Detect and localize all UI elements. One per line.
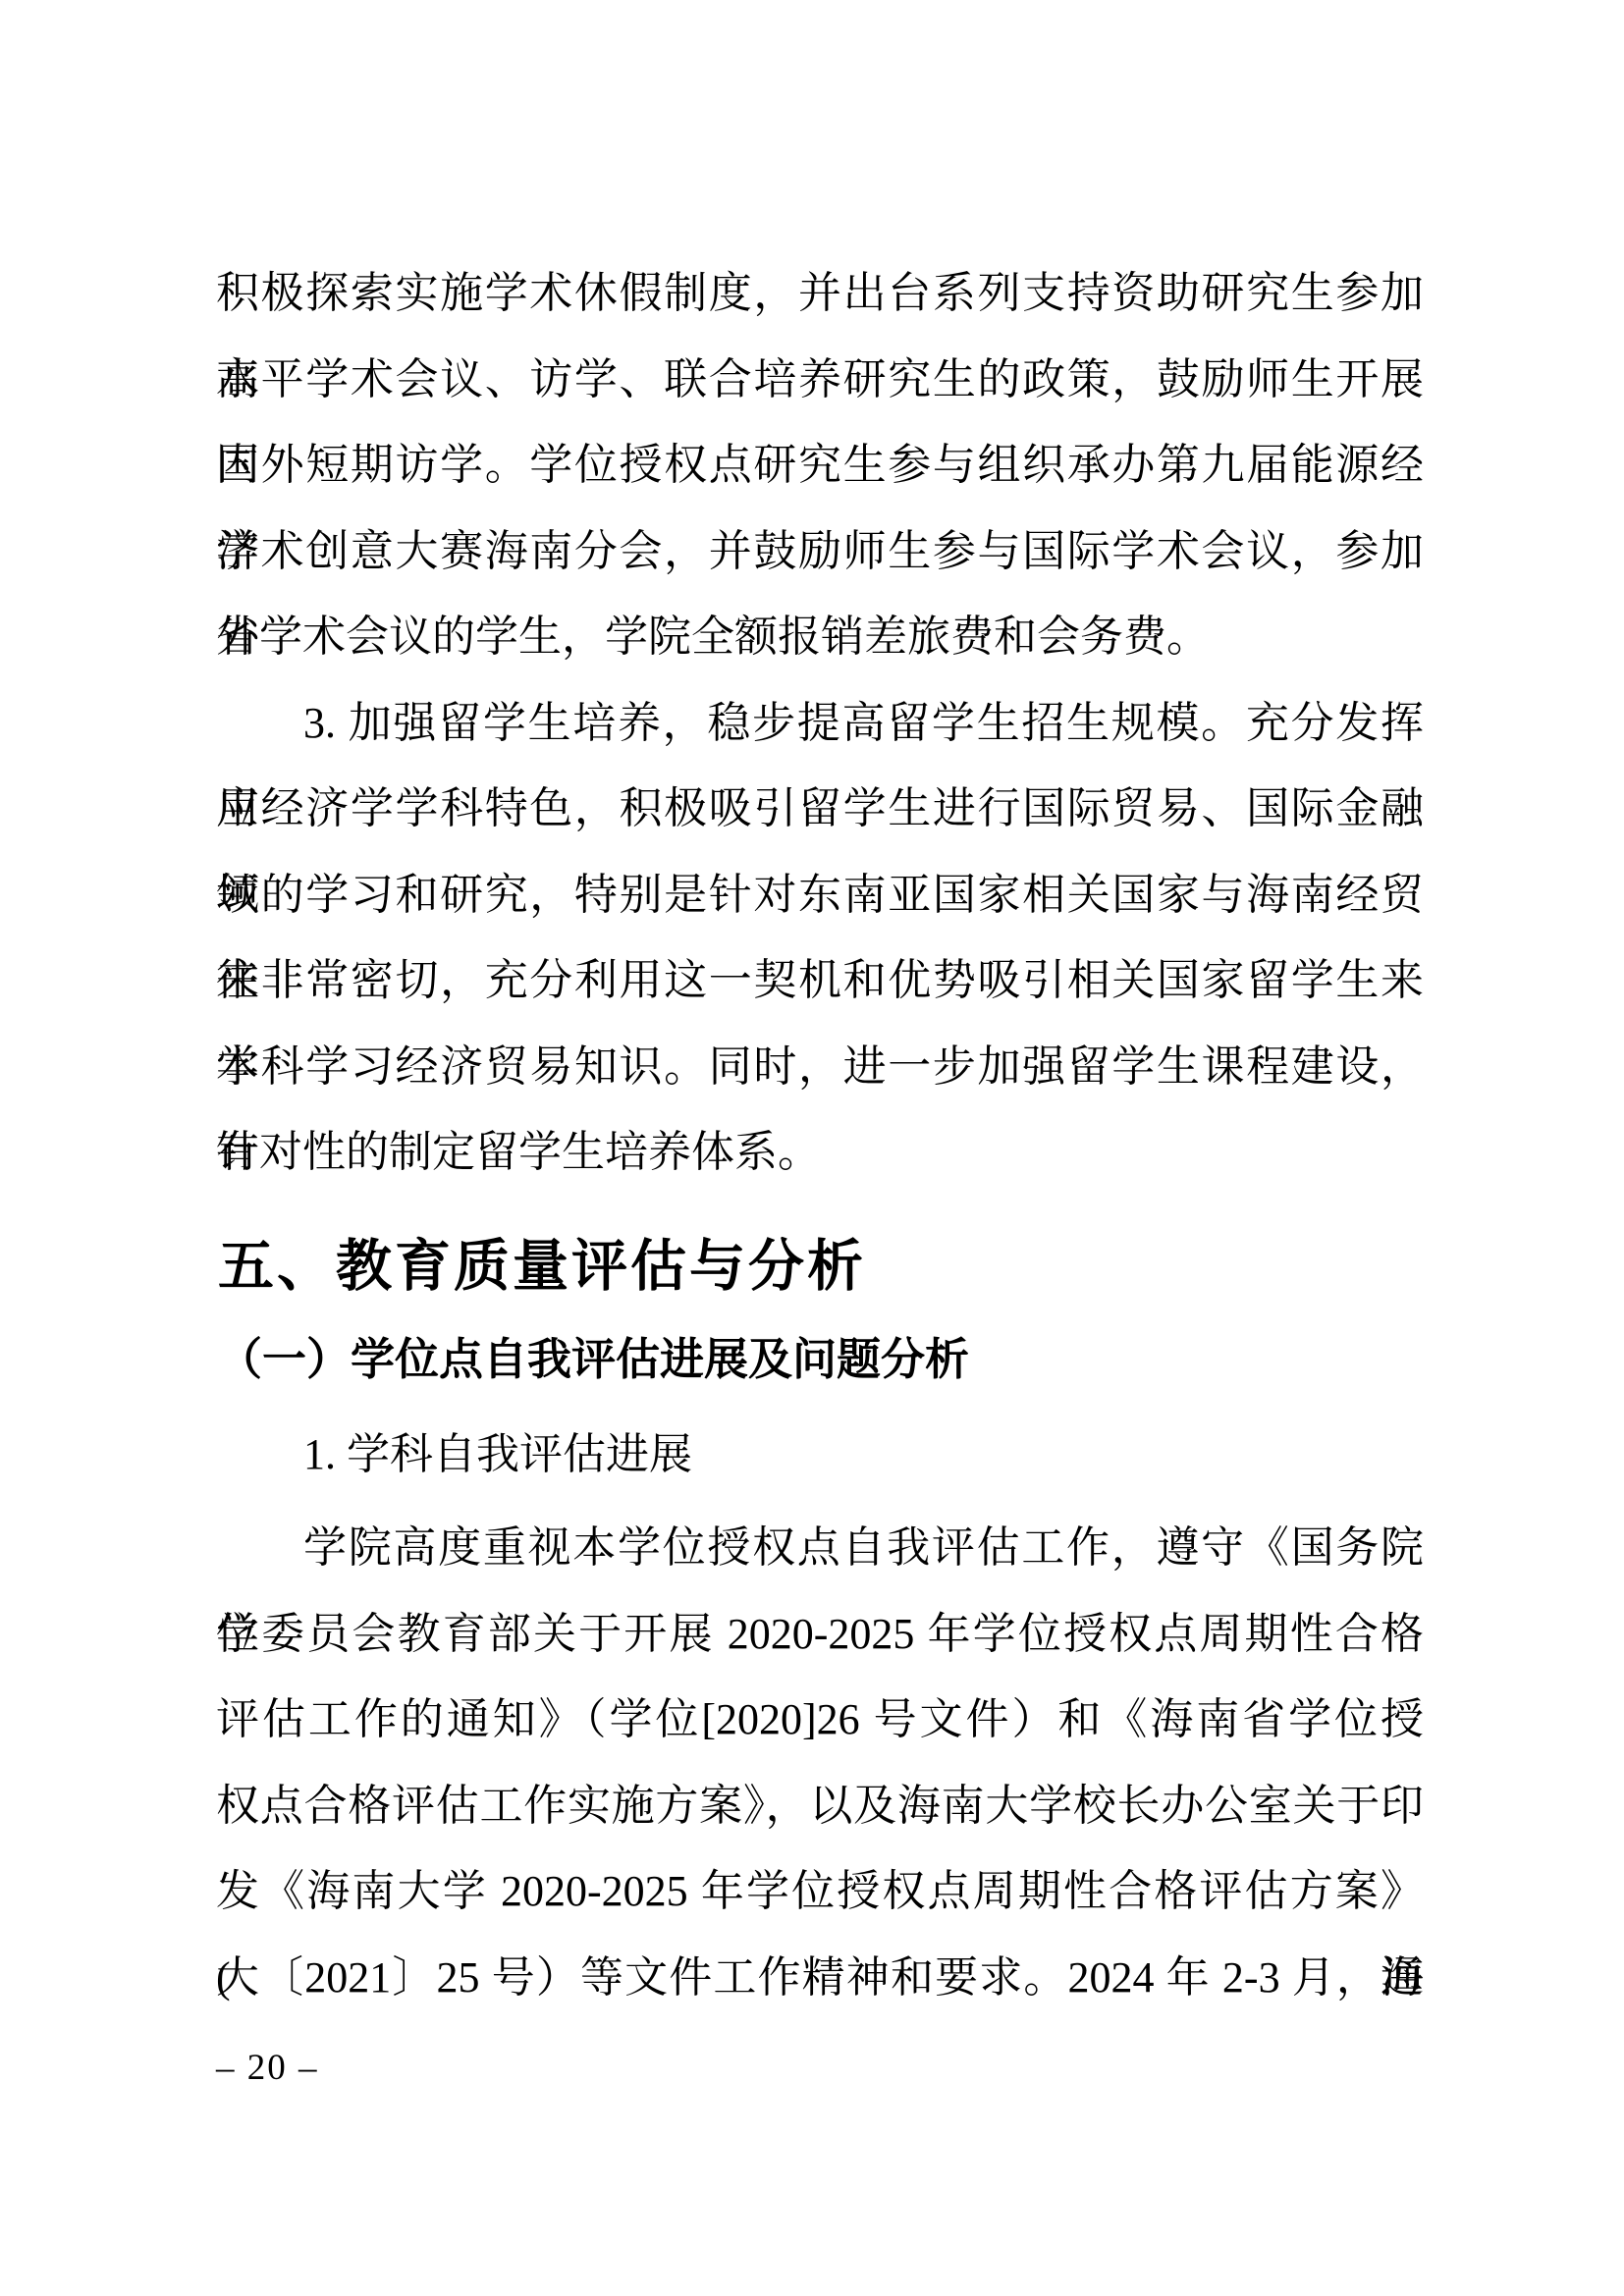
text-line: 水平学术会议、访学、联合培养研究生的政策，鼓励师生开展国	[216, 337, 1424, 423]
text-line: 大〔2021〕25 号）等文件工作精神和要求。2024 年 2-3 月，通	[216, 1935, 1424, 2021]
text-line: 权点合格评估工作实施方案》，以及海南大学校长办公室关于印	[216, 1763, 1424, 1849]
document-page: 积极探索实施学术休假制度，并出台系列支持资助研究生参加高 水平学术会议、访学、联…	[0, 0, 1624, 2296]
text-line: 评估工作的通知》（学位[2020]26 号文件）和《海南省学位授	[216, 1677, 1424, 1763]
body-paragraphs-bottom: 学院高度重视本学位授权点自我评估工作，遵守《国务院学 位委员会教育部关于开展 2…	[216, 1505, 1424, 2020]
text-line: 内外短期访学。学位授权点研究生参与组织承办第九届能源经济	[216, 422, 1424, 508]
text-line: 3. 加强留学生培养，稳步提高留学生招生规模。充分发挥应	[216, 680, 1424, 767]
text-line: 来非常密切，充分利用这一契机和优势吸引相关国家留学生来本	[216, 937, 1424, 1024]
subsubsection-heading: 1. 学科自我评估进展	[216, 1412, 1424, 1498]
text-line: 学科学习经济贸易知识。同时，进一步加强留学生课程建设，有	[216, 1024, 1424, 1110]
page-number: – 20 –	[216, 2047, 319, 2090]
text-line: 积极探索实施学术休假制度，并出台系列支持资助研究生参加高	[216, 250, 1424, 337]
text-line: 省学术会议的学生，学院全额报销差旅费和会务费。	[216, 594, 1424, 680]
text-line: 用经济学学科特色，积极吸引留学生进行国际贸易、国际金融领	[216, 766, 1424, 852]
text-line: 学术创意大赛海南分会，并鼓励师生参与国际学术会议，参加外	[216, 508, 1424, 595]
text-line: 针对性的制定留学生培养体系。	[216, 1109, 1424, 1196]
text-line: 域的学习和研究，特别是针对东南亚国家相关国家与海南经贸往	[216, 852, 1424, 938]
text-line: 发《海南大学 2020-2025 年学位授权点周期性合格评估方案》(海	[216, 1848, 1424, 1935]
text-line: 学院高度重视本学位授权点自我评估工作，遵守《国务院学	[216, 1505, 1424, 1591]
body-paragraphs-top: 积极探索实施学术休假制度，并出台系列支持资助研究生参加高 水平学术会议、访学、联…	[216, 250, 1424, 1196]
section-heading: 五、教育质量评估与分析	[218, 1237, 866, 1299]
text-line: 位委员会教育部关于开展 2020-2025 年学位授权点周期性合格	[216, 1591, 1424, 1678]
subsection-heading: （一）学位点自我评估进展及问题分析	[218, 1335, 969, 1386]
